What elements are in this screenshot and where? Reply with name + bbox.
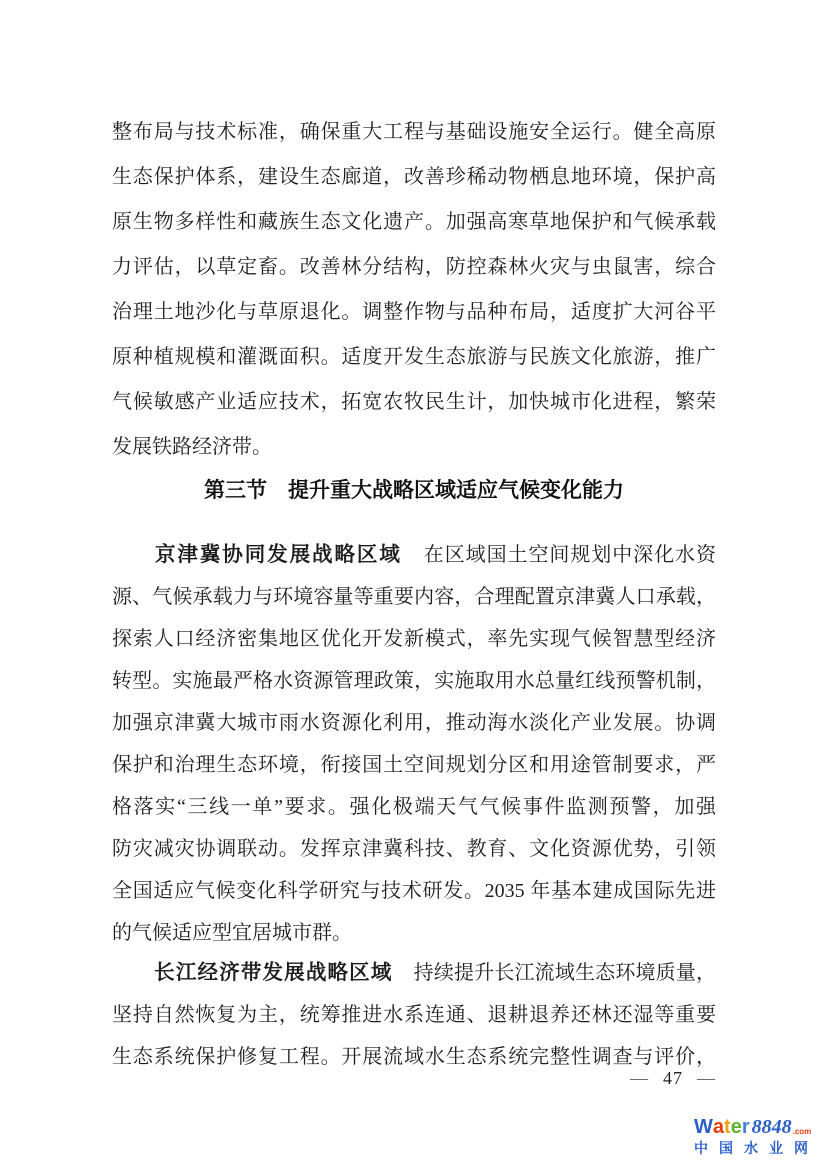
body-line: 整布局与技术标准，确保重大工程与基础设施安全运行。健全高原 [112, 110, 716, 155]
body-line-text: 在区域国土空间规划中深化水资 [423, 544, 716, 566]
body-line: 转型。实施最严格水资源管理政策，实施取用水总量红线预警机制， [112, 660, 716, 702]
watermark-subtitle: 中国水业网 [694, 1141, 822, 1155]
wordmark-tld: .com [793, 1128, 812, 1137]
body-line: 坚持自然恢复为主，统筹推进水系连通、退耕退养还林还湿等重要 [112, 994, 716, 1036]
paragraph-yangtze: 长江经济带发展战略区域持续提升长江流域生态环境质量， 坚持自然恢复为主，统筹推进… [112, 952, 716, 1078]
wordmark-letter: t [724, 1117, 731, 1137]
body-line: 源、气候承载力与环境容量等重要内容，合理配置京津冀人口承载， [112, 576, 716, 618]
wordmark-letter: W [694, 1117, 713, 1137]
wordmark-letter: a [713, 1117, 724, 1137]
section-heading: 第三节 提升重大战略区域适应气候变化能力 [112, 478, 716, 504]
body-line: 探索人口经济密集地区优化开发新模式，率先实现气候智慧型经济 [112, 618, 716, 660]
wordmark-letter: e [731, 1117, 742, 1137]
paragraph-lead: 长江经济带发展战略区域 [154, 961, 393, 984]
body-line: 长江经济带发展战略区域持续提升长江流域生态环境质量， [112, 952, 716, 994]
body-line: 原生物多样性和藏族生态文化遗产。加强高寒草地保护和气候承载 [112, 200, 716, 245]
body-line: 加强京津冀大城市雨水资源化利用，推动海水淡化产业发展。协调 [112, 702, 716, 744]
body-line: 治理土地沙化与草原退化。调整作物与品种布局，适度扩大河谷平 [112, 290, 716, 335]
page-number: —47— [630, 1068, 716, 1089]
body-line: 发展铁路经济带。 [112, 425, 716, 470]
watermark-logo: W a t e r 8848 .com 中国水业网 [694, 1117, 822, 1155]
watermark-wordmark: W a t e r 8848 .com [694, 1117, 822, 1137]
body-line: 京津冀协同发展战略区域在区域国土空间规划中深化水资 [112, 534, 716, 576]
wordmark-number: 8848 [752, 1117, 792, 1137]
page-number-dash: — [697, 1068, 716, 1088]
body-line: 原种植规模和灌溉面积。适度开发生态旅游与民族文化旅游，推广 [112, 335, 716, 380]
paragraph-lead: 京津冀协同发展战略区域 [154, 543, 402, 566]
document-page: 整布局与技术标准，确保重大工程与基础设施安全运行。健全高原 生态保护体系，建设生… [0, 0, 826, 1169]
body-line: 的气候适应型宜居城市群。 [112, 912, 716, 954]
body-line: 全国适应气候变化科学研究与技术研发。2035 年基本建成国际先进 [112, 870, 716, 912]
body-line: 格落实“三线一单”要求。强化极端天气气候事件监测预警，加强 [112, 786, 716, 828]
body-line: 气候敏感产业适应技术，拓宽农牧民生计，加快城市化进程，繁荣 [112, 380, 716, 425]
page-number-dash: — [630, 1068, 649, 1088]
page-number-value: 47 [663, 1068, 683, 1088]
body-line-text: 持续提升长江流域生态环境质量， [414, 962, 717, 984]
body-line: 力评估，以草定畜。改善林分结构，防控森林火灾与虫鼠害，综合 [112, 245, 716, 290]
body-line: 生态保护体系，建设生态廊道，改善珍稀动物栖息地环境，保护高 [112, 155, 716, 200]
body-line: 生态系统保护修复工程。开展流域水生态系统完整性调查与评价， [112, 1036, 716, 1078]
body-line: 防灾减灾协调联动。发挥京津冀科技、教育、文化资源优势，引领 [112, 828, 716, 870]
body-line: 保护和治理生态环境，衔接国土空间规划分区和用途管制要求，严 [112, 744, 716, 786]
wordmark-letter: r [742, 1117, 750, 1137]
paragraph-plateau: 整布局与技术标准，确保重大工程与基础设施安全运行。健全高原 生态保护体系，建设生… [112, 110, 716, 470]
paragraph-jingjinji: 京津冀协同发展战略区域在区域国土空间规划中深化水资 源、气候承载力与环境容量等重… [112, 534, 716, 954]
